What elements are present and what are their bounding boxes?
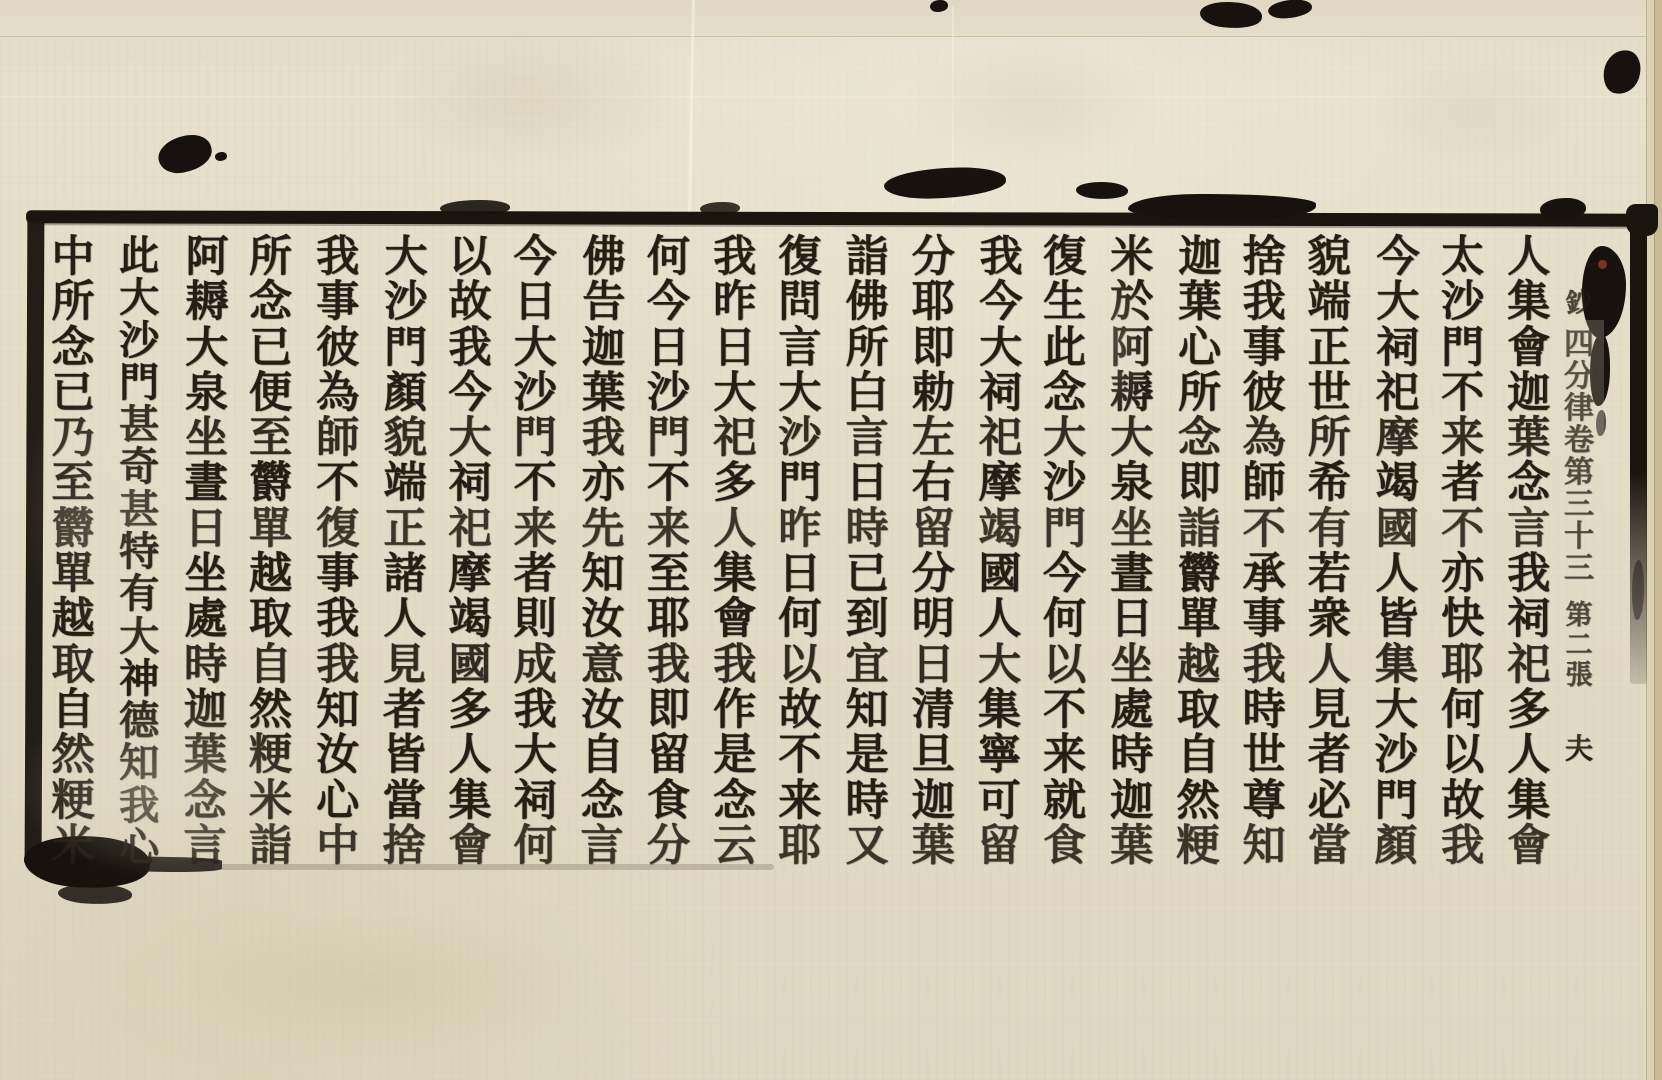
glyph: 不: [1441, 372, 1484, 415]
glyph: 我: [1441, 825, 1484, 868]
scanned-woodblock-page: { "title_column": { "annotation_glyph": …: [0, 0, 1662, 1080]
glyph: 三: [1564, 554, 1594, 584]
glyph: 衆: [1308, 598, 1351, 641]
glyph: 我: [316, 644, 359, 687]
glyph: 祠: [449, 462, 492, 505]
glyph: 皆: [1376, 598, 1419, 641]
glyph: 葉: [582, 372, 625, 415]
glyph: 右: [912, 462, 955, 505]
glyph: 今: [647, 281, 690, 324]
glyph: 神: [119, 659, 159, 699]
text-column-17: 以故我今大祠祀摩竭國多人集會: [441, 236, 499, 868]
glyph: 日: [713, 327, 756, 370]
volume-title: 四分律卷第三十三: [1564, 330, 1594, 584]
glyph: 復: [316, 508, 359, 551]
glyph: 沙: [647, 372, 690, 415]
glyph: 我: [119, 786, 159, 826]
ink-smudge: [1601, 48, 1643, 97]
glyph: 取: [52, 644, 95, 687]
glyph: 大: [1043, 417, 1086, 460]
glyph: 清: [912, 689, 955, 732]
glyph: 沙: [514, 372, 557, 415]
text-column-16: 今日大沙門不来者則成我大祠何: [506, 236, 564, 868]
frame-border-left: [25, 214, 45, 864]
glyph: 食: [1043, 825, 1086, 868]
glyph: 所: [52, 281, 95, 324]
text-column-10: 分耶即勅左右留分明日清旦迦葉: [904, 236, 962, 868]
glyph: 詣: [846, 236, 889, 279]
glyph: 德: [119, 701, 159, 741]
glyph: 分: [912, 553, 955, 596]
glyph: 日: [185, 508, 228, 551]
glyph: 自: [52, 689, 95, 732]
glyph: 祠: [514, 780, 557, 823]
glyph: 今: [514, 236, 557, 279]
glyph: 耶: [1441, 644, 1484, 687]
text-column-12: 復問言大沙門昨日何以故不来耶: [771, 236, 829, 868]
glyph: 今: [449, 372, 492, 415]
glyph: 正: [383, 508, 426, 551]
ink-smudge: [884, 166, 1007, 200]
glyph: 摩: [979, 462, 1022, 505]
glyph: 日: [647, 327, 690, 370]
glyph: 處: [1110, 689, 1153, 732]
glyph: 我: [316, 236, 359, 279]
text-column-19: 我事彼為師不復事我我知汝心中: [309, 236, 367, 868]
glyph: 泉: [1110, 462, 1153, 505]
glyph: 汝: [581, 689, 624, 732]
glyph: 端: [1308, 281, 1351, 324]
glyph: 意: [581, 644, 624, 687]
glyph: 彼: [316, 327, 359, 370]
glyph: 迦: [1178, 236, 1221, 279]
glyph: 乃: [52, 417, 95, 460]
glyph: 念: [184, 779, 227, 822]
glyph: 諸: [383, 553, 426, 596]
glyph: 見: [1308, 689, 1351, 732]
glyph: 會: [449, 825, 492, 868]
glyph: 大: [1377, 281, 1420, 324]
glyph: 門: [514, 417, 557, 460]
glyph: 亦: [582, 462, 625, 505]
glyph: 國: [1376, 508, 1419, 551]
glyph: 大: [514, 327, 557, 370]
glyph: 然: [249, 689, 292, 732]
glyph: 昨: [778, 508, 821, 551]
glyph: 知: [316, 689, 359, 732]
case-character: 夫: [1565, 735, 1593, 763]
glyph: 集: [978, 689, 1021, 732]
glyph: 沙: [1441, 281, 1484, 324]
glyph: 来: [647, 508, 690, 551]
glyph: 左: [912, 417, 955, 460]
glyph: 是: [846, 734, 889, 777]
glyph: 何: [778, 598, 821, 641]
glyph: 以: [1043, 644, 1086, 687]
glyph: 然: [52, 734, 95, 777]
glyph: 大: [978, 644, 1021, 687]
glyph: 已: [249, 327, 292, 370]
glyph: 夫: [1565, 735, 1593, 763]
glyph: 心: [119, 828, 159, 868]
glyph: 為: [316, 372, 359, 415]
glyph: 大: [1375, 689, 1418, 732]
glyph: 摩: [449, 553, 492, 596]
ink-smudge: [1076, 181, 1129, 201]
glyph: 大: [119, 278, 159, 318]
glyph: 事: [1243, 327, 1286, 370]
glyph: 集: [1507, 780, 1550, 823]
glyph: 國: [979, 553, 1022, 596]
glyph: 甚: [119, 405, 159, 445]
glyph: 時: [1110, 734, 1153, 777]
glyph: 事: [316, 281, 359, 324]
glyph: 所: [249, 236, 292, 279]
glyph: 所: [1178, 372, 1221, 415]
glyph: 自: [581, 734, 624, 777]
glyph: 此: [1043, 327, 1086, 370]
glyph: 彼: [1243, 372, 1286, 415]
glyph: 祀: [1507, 644, 1550, 687]
glyph: 迦: [1507, 372, 1550, 415]
glyph: 國: [449, 644, 492, 687]
glyph: 端: [384, 462, 427, 505]
glyph: 念: [713, 780, 756, 823]
text-column-15: 佛告迦葉我亦先知汝意汝自念言: [573, 236, 633, 868]
glyph: 粳: [249, 734, 292, 777]
glyph: 宜: [846, 644, 889, 687]
glyph: 顏: [1375, 825, 1418, 868]
glyph: 世: [1308, 372, 1351, 415]
glyph: 来: [1043, 734, 1086, 777]
glyph: 集: [1507, 281, 1550, 324]
glyph: 三: [1564, 490, 1594, 520]
glyph: 明: [912, 598, 955, 641]
glyph: 亦: [1441, 553, 1484, 596]
glyph: 大: [449, 417, 492, 460]
frame-border-top: [26, 210, 1656, 226]
glyph: 知: [846, 689, 889, 732]
glyph: 自: [1177, 734, 1220, 777]
glyph: 念: [52, 327, 95, 370]
paper-stain: [380, 28, 680, 168]
glyph: 所: [1308, 417, 1351, 460]
text-column-5: 捨我事彼為師不承事我時世尊知: [1235, 236, 1293, 868]
glyph: 捨: [382, 825, 425, 868]
glyph: 時: [846, 780, 889, 823]
glyph: 我: [449, 327, 492, 370]
glyph: 於: [1110, 281, 1153, 324]
glyph: 人: [383, 598, 426, 641]
glyph: 耨: [1110, 372, 1153, 415]
glyph: 旦: [912, 734, 955, 777]
glyph: 米: [52, 825, 95, 868]
glyph: 欝: [1177, 553, 1220, 596]
glyph: 祠: [1377, 327, 1420, 370]
glyph: 便: [249, 372, 292, 415]
glyph: 来: [1441, 417, 1484, 460]
glyph: 竭: [979, 508, 1022, 551]
glyph: 言: [581, 825, 624, 868]
glyph: 佛: [583, 236, 626, 279]
glyph: 葉: [1110, 825, 1153, 868]
glyph: 大: [185, 327, 228, 370]
glyph: 心: [1178, 327, 1221, 370]
glyph: 至: [647, 553, 690, 596]
glyph: 勅: [912, 372, 955, 415]
text-column-13: 我昨日大祀多人集會我作是念云: [706, 236, 764, 868]
glyph: 迦: [1110, 780, 1153, 823]
glyph: 来: [778, 780, 821, 823]
glyph: 不: [778, 734, 821, 777]
glyph: 我: [1243, 281, 1286, 324]
glyph: 人: [713, 508, 756, 551]
glyph: 即: [1178, 462, 1221, 505]
glyph: 詣: [249, 825, 292, 868]
text-column-21: 阿耨大泉坐晝日坐處時迦葉念言: [176, 236, 236, 868]
glyph: 迦: [583, 327, 626, 370]
glyph: 已: [52, 372, 95, 415]
glyph: 者: [383, 689, 426, 732]
glyph: 祠: [979, 372, 1022, 415]
glyph: 二: [1566, 632, 1593, 659]
glyph: 我: [713, 236, 756, 279]
glyph: 當: [1308, 825, 1351, 868]
glyph: 集: [449, 780, 492, 823]
glyph: 云: [713, 825, 756, 868]
glyph: 知: [1243, 825, 1286, 868]
glyph: 祀: [1376, 372, 1419, 415]
glyph: 沙: [1043, 462, 1086, 505]
glyph: 来: [514, 508, 557, 551]
glyph: 留: [912, 508, 955, 551]
glyph: 食: [647, 780, 690, 823]
text-column-20: 所念已便至欝單越取自然粳米詣: [242, 236, 300, 868]
glyph: 阿: [186, 236, 229, 279]
glyph: 葉: [912, 825, 955, 868]
glyph: 集: [1375, 644, 1418, 687]
glyph: 尊: [1243, 780, 1286, 823]
glyph: 就: [1043, 780, 1086, 823]
glyph: 者: [1441, 462, 1484, 505]
glyph: 可: [978, 779, 1021, 822]
glyph: 多: [449, 689, 492, 732]
glyph: 不: [1043, 689, 1086, 732]
glyph: 祠: [1507, 598, 1550, 641]
glyph: 見: [383, 644, 426, 687]
glyph: 竭: [1376, 462, 1419, 505]
annotation-glyph: 鈔: [1566, 290, 1592, 316]
glyph: 師: [316, 417, 359, 460]
glyph: 知: [582, 553, 625, 596]
glyph: 故: [449, 281, 492, 324]
glyph: 者: [1308, 734, 1351, 777]
glyph: 汝: [316, 734, 359, 777]
glyph: 取: [249, 598, 292, 641]
glyph: 以: [449, 236, 492, 279]
glyph: 單: [249, 508, 292, 551]
glyph: 門: [384, 327, 427, 370]
glyph: 耨: [186, 281, 229, 324]
glyph: 集: [713, 553, 756, 596]
glyph: 粳: [52, 780, 95, 823]
ink-smudge: [155, 132, 214, 177]
ink-smudge: [58, 882, 133, 906]
glyph: 大: [119, 617, 159, 657]
glyph: 耶: [647, 598, 690, 641]
glyph: 佛: [846, 281, 889, 324]
glyph: 復: [1043, 236, 1086, 279]
glyph: 欝: [249, 462, 292, 505]
glyph: 分: [1564, 362, 1594, 392]
glyph: 為: [1243, 417, 1286, 460]
glyph: 阿: [1110, 327, 1153, 370]
glyph: 門: [778, 462, 821, 505]
glyph: 言: [1507, 508, 1550, 551]
glyph: 捨: [1243, 236, 1286, 279]
text-column-7: 米於阿耨大泉坐晝日坐處時迦葉: [1103, 236, 1161, 868]
glyph: 單: [1177, 598, 1220, 641]
glyph: 人: [979, 598, 1022, 641]
sheet-label: 第二張: [1566, 602, 1593, 689]
paper-stain: [170, 910, 600, 1060]
glyph: 寧: [978, 734, 1021, 777]
glyph: 留: [978, 825, 1021, 868]
glyph: 多: [1507, 689, 1550, 732]
glyph: 必: [1308, 780, 1351, 823]
glyph: 留: [647, 734, 690, 777]
glyph: 然: [1176, 779, 1219, 822]
glyph: 自: [249, 644, 292, 687]
glyph: 四: [1564, 330, 1594, 360]
glyph: 人: [1507, 734, 1550, 777]
glyph: 知: [119, 743, 159, 783]
glyph: 我: [713, 644, 756, 687]
glyph: 快: [1441, 598, 1484, 641]
glyph: 我: [980, 236, 1023, 279]
glyph: 已: [846, 553, 889, 596]
glyph: 律: [1564, 394, 1594, 424]
glyph: 我: [647, 644, 690, 687]
glyph: 作: [713, 689, 756, 732]
glyph: 心: [316, 780, 359, 823]
ink-smudge: [1128, 194, 1316, 220]
glyph: 米: [1110, 236, 1153, 279]
glyph: 鈔: [1565, 289, 1594, 318]
text-column-11: 詣佛所白言日時已到宜知是時又: [838, 236, 896, 868]
text-column-23: 中所念已乃至欝單越取自然粳米: [44, 236, 102, 868]
glyph: 越: [249, 553, 292, 596]
glyph: 是: [713, 734, 756, 777]
glyph: 我: [316, 598, 359, 641]
glyph: 分: [912, 236, 955, 279]
glyph: 十: [1564, 522, 1594, 552]
glyph: 時: [846, 508, 889, 551]
glyph: 卷: [1564, 426, 1594, 456]
glyph: 分: [647, 825, 690, 868]
text-column-18: 大沙門顏貌端正諸人見者皆當捨: [375, 236, 435, 868]
glyph: 摩: [1376, 417, 1419, 460]
glyph: 日: [778, 553, 821, 596]
glyph: 今: [980, 281, 1023, 324]
glyph: 大: [778, 372, 821, 415]
glyph: 承: [1243, 553, 1286, 596]
glyph: 大: [1110, 417, 1153, 460]
glyph: 泉: [185, 372, 228, 415]
glyph: 會: [713, 598, 756, 641]
glyph: 越: [52, 598, 95, 641]
text-column-2: 太沙門不来者不亦快耶何以故我: [1434, 236, 1492, 868]
glyph: 張: [1566, 662, 1593, 689]
glyph: 日: [1110, 598, 1153, 641]
text-column-6: 迦葉心所念即詣欝單越取自然粳: [1169, 236, 1229, 868]
glyph: 甚: [119, 490, 159, 530]
text-column-22: 此大沙門甚奇甚特有大神德知我心: [110, 236, 168, 868]
glyph: 念: [1507, 462, 1550, 505]
glyph: 會: [1507, 327, 1550, 370]
glyph: 祀: [713, 417, 756, 460]
text-column-8: 復生此念大沙門今何以不来就食: [1036, 236, 1094, 868]
glyph: 者: [514, 553, 557, 596]
glyph: 又: [846, 825, 889, 868]
glyph: 人: [1308, 644, 1351, 687]
glyph: 言: [778, 327, 821, 370]
glyph: 汝: [582, 598, 625, 641]
glyph: 我: [582, 417, 625, 460]
glyph: 世: [1243, 734, 1286, 777]
glyph: 不: [514, 462, 557, 505]
glyph: 不: [1243, 508, 1286, 551]
glyph: 迦: [184, 689, 227, 732]
glyph: 念: [249, 281, 292, 324]
glyph: 日: [846, 462, 889, 505]
glyph: 白: [846, 372, 889, 415]
glyph: 大: [384, 236, 427, 279]
glyph: 葉: [184, 734, 227, 777]
glyph: 告: [583, 281, 626, 324]
glyph: 中: [52, 236, 95, 279]
glyph: 大: [514, 734, 557, 777]
glyph: 奇: [119, 447, 159, 487]
paper-stain: [900, 40, 1160, 170]
glyph: 詣: [1177, 508, 1220, 551]
glyph: 以: [1441, 734, 1484, 777]
ink-smudge: [215, 152, 227, 161]
glyph: 貌: [384, 417, 427, 460]
glyph: 不: [1441, 508, 1484, 551]
glyph: 處: [185, 598, 228, 641]
glyph: 今: [1043, 553, 1086, 596]
glyph: 竭: [449, 598, 492, 641]
paper-top-edge: [0, 0, 1662, 37]
glyph: 日: [912, 644, 955, 687]
glyph: 皆: [383, 734, 426, 777]
text-column-14: 何今日沙門不来至耶我即留食分: [640, 236, 698, 868]
glyph: 何: [514, 825, 557, 868]
glyph: 言: [184, 825, 227, 868]
glyph: 何: [647, 236, 690, 279]
text-column-4: 貌端正世所希有若衆人見者必當: [1300, 236, 1358, 868]
glyph: 取: [1177, 689, 1220, 732]
glyph: 念: [1043, 372, 1086, 415]
glyph: 第: [1564, 458, 1594, 488]
glyph: 人: [1376, 553, 1419, 596]
glyph: 若: [1308, 553, 1351, 596]
glyph: 日: [514, 281, 557, 324]
glyph: 粳: [1176, 825, 1219, 868]
glyph: 米: [249, 780, 292, 823]
glyph: 多: [713, 462, 756, 505]
